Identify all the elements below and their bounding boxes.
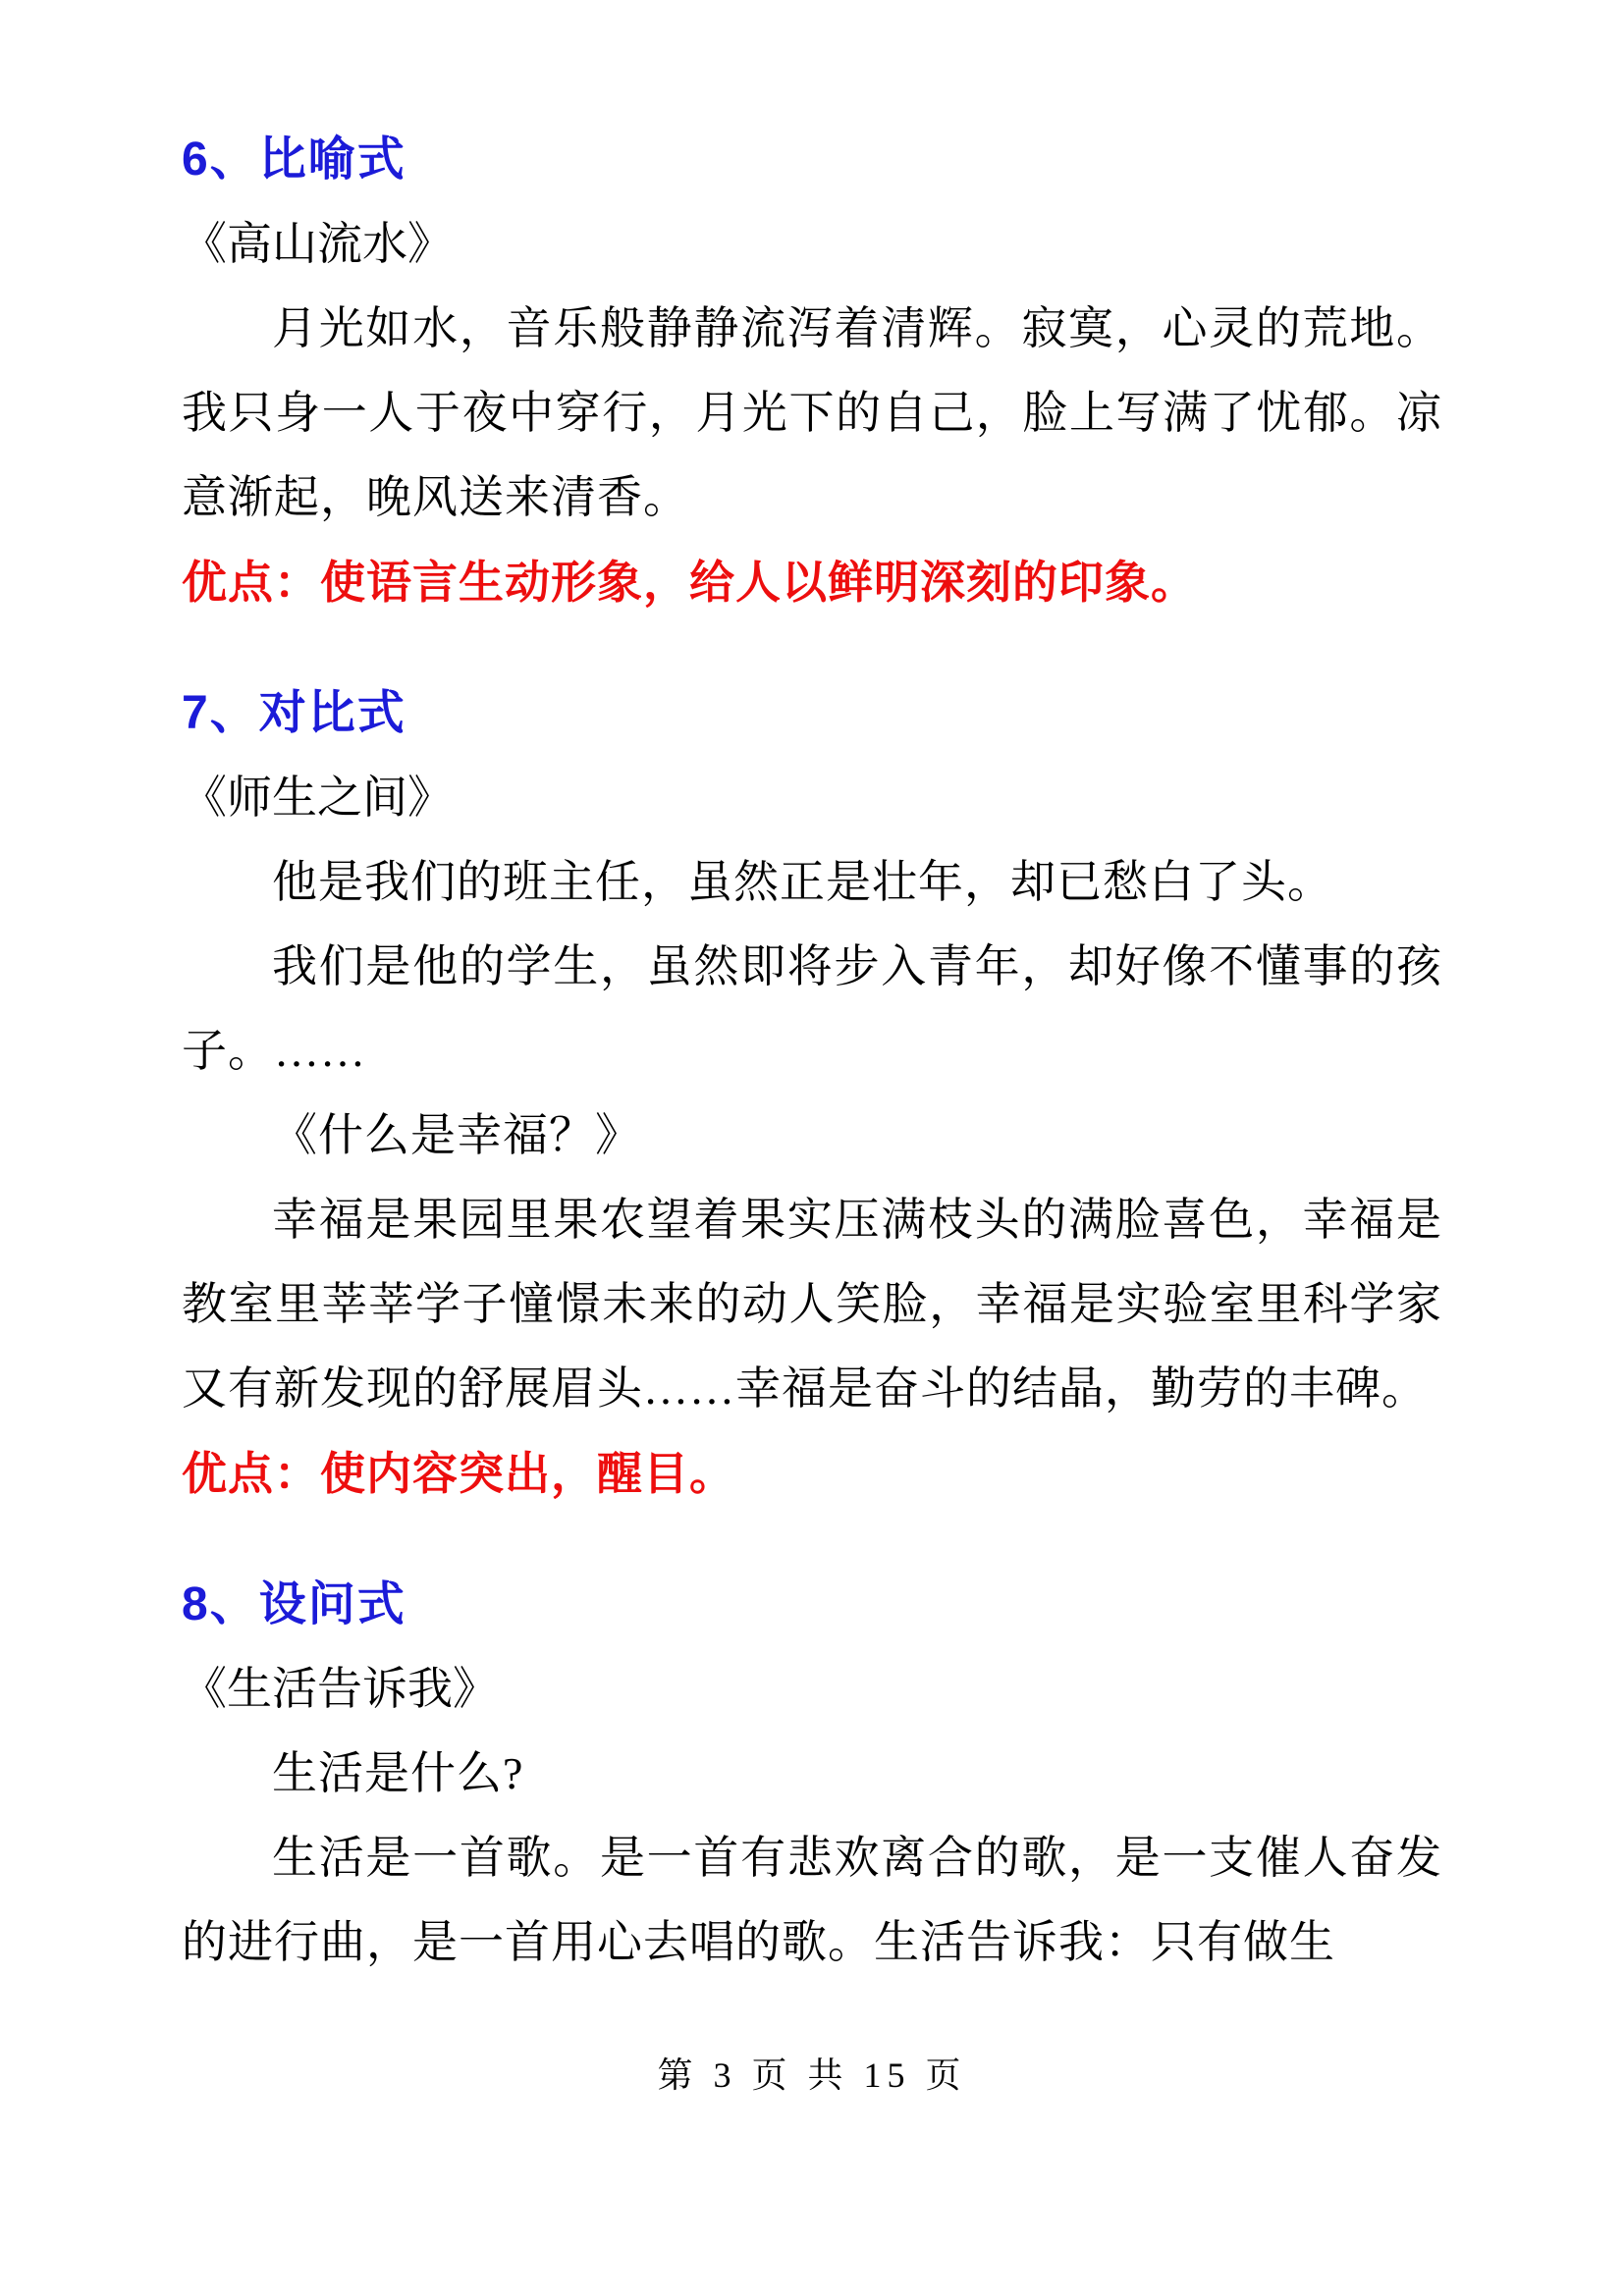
section-heading: 8、设问式: [182, 1563, 1442, 1647]
section-metaphor-style: 6、比喻式 《高山流水》 月光如水，音乐般静静流泻着清辉。寂寞，心灵的荒地。我只…: [182, 118, 1442, 624]
advantage-line: 优点：使内容突出，醒目。: [182, 1431, 1442, 1516]
work-title: 《高山流水》: [182, 202, 1442, 287]
work-title: 《生活告诉我》: [182, 1647, 1442, 1732]
work-title-inline: 《什么是幸福？》: [182, 1094, 1442, 1178]
section-contrast-style: 7、对比式 《师生之间》 他是我们的班主任，虽然正是壮年，却已愁白了头。 我们是…: [182, 671, 1442, 1516]
section-heading: 7、对比式: [182, 671, 1442, 756]
page-footer: 第 3 页 共 15 页: [182, 2054, 1442, 2097]
body-paragraph: 我们是他的学生，虽然即将步入青年，却好像不懂事的孩子。……: [182, 925, 1442, 1094]
body-paragraph: 生活是一首歌。是一首有悲欢离合的歌，是一支催人奋发的进行曲，是一首用心去唱的歌。…: [182, 1816, 1442, 1985]
body-paragraph: 幸福是果园里果农望着果实压满枝头的满脸喜色，幸福是教室里莘莘学子憧憬未来的动人笑…: [182, 1178, 1442, 1431]
body-paragraph: 他是我们的班主任，虽然正是壮年，却已愁白了头。: [182, 840, 1442, 925]
section-rhetorical-question-style: 8、设问式 《生活告诉我》 生活是什么? 生活是一首歌。是一首有悲欢离合的歌，是…: [182, 1563, 1442, 1985]
document-page: 6、比喻式 《高山流水》 月光如水，音乐般静静流泻着清辉。寂寞，心灵的荒地。我只…: [0, 0, 1624, 2296]
work-title: 《师生之间》: [182, 756, 1442, 840]
section-heading: 6、比喻式: [182, 118, 1442, 202]
body-paragraph: 月光如水，音乐般静静流泻着清辉。寂寞，心灵的荒地。我只身一人于夜中穿行，月光下的…: [182, 287, 1442, 540]
body-paragraph: 生活是什么?: [182, 1732, 1442, 1816]
advantage-line: 优点：使语言生动形象，给人以鲜明深刻的印象。: [182, 540, 1442, 624]
